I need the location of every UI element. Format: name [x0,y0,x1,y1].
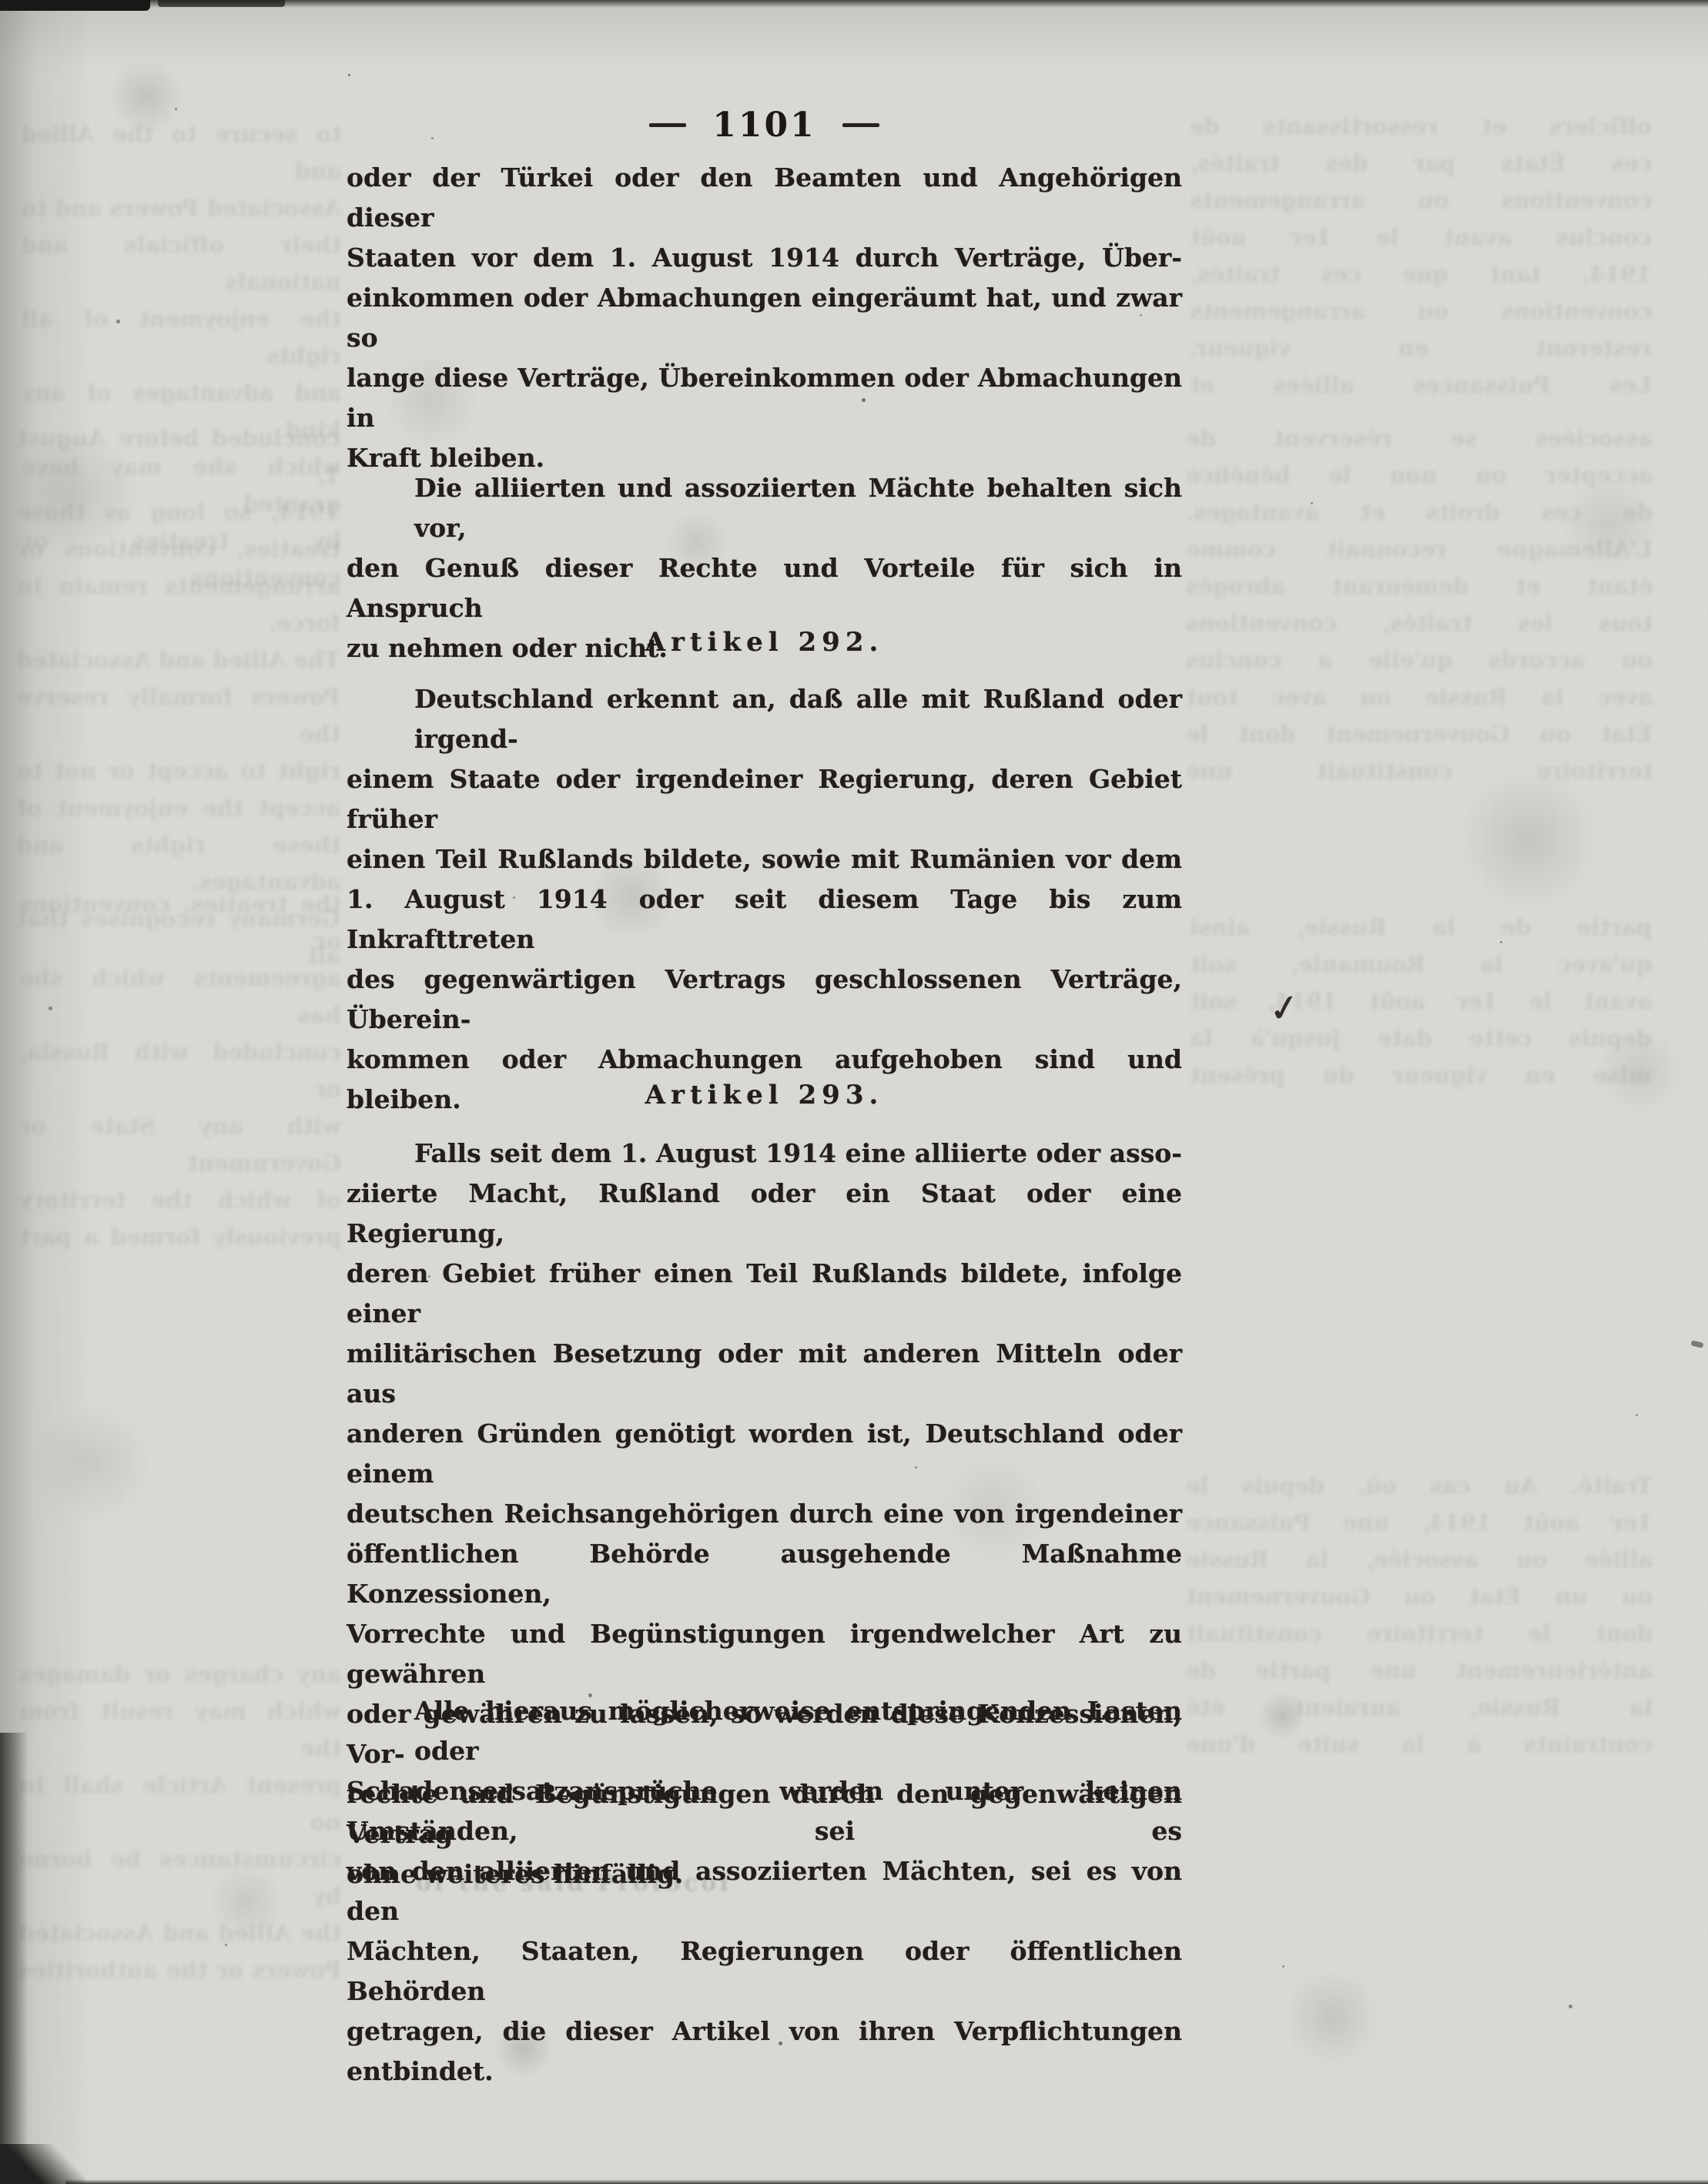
text-line: von den alliierten und assoziierten Mäch… [347,1851,1182,1931]
text-line: circumstances be borne by [19,1841,341,1914]
text-line: present Article shall in no [19,1767,341,1841]
text-line: ziierte Macht, Rußland oder ein Staat od… [347,1174,1182,1254]
text-line: 1er août 1914, une Puissance [1186,1504,1653,1541]
text-line: with any State or Government [19,1107,341,1181]
text-line: the Allied and Associated [19,1914,341,1951]
text-line: to secure to the Allied and [22,116,341,189]
text-line: territoire constituait une [1186,752,1653,789]
text-line: étant et demeurant abrogés [1186,568,1653,605]
text-line: deren Gebiet früher einen Teil Rußlands … [347,1254,1182,1334]
text-line: conventions ou arrangements [1190,293,1652,330]
page-number-rule-right [842,123,879,127]
article-heading-292: Artikel 292. [347,627,1182,658]
text-line: einen Teil Rußlands bildete, sowie mit R… [347,839,1182,879]
article-heading-293: Artikel 293. [347,1080,1182,1110]
text-line: conclus avant le 1er août [1190,219,1652,256]
text-line: einem Staate oder irgendeiner Regierung,… [347,759,1182,839]
text-line: tous les traités, conventions [1186,605,1653,641]
text-line: concluded with Russia, or [19,1033,341,1107]
text-line: den Genuß dieser Rechte und Vorteile für… [347,548,1182,628]
bleedthrough-text-right-2: associées se réservent deaccepter ou non… [1186,420,1653,789]
text-line: L'Allemagne reconnaît comme [1186,531,1653,568]
text-line: ou un État ou Gouvernement [1186,1578,1653,1615]
text-line: deutschen Reichsangehörigen durch eine v… [347,1494,1182,1534]
scan-edge-top-mid [158,0,285,7]
scanned-page: to secure to the Allied andAssociated Po… [0,0,1708,2184]
text-line: depuis cette date jusqu'à la [1190,1020,1652,1057]
text-line: accepter ou non le bénéfice [1186,457,1653,494]
text-line: associées se réservent de [1186,420,1653,457]
text-line: avec la Russie ou avec tout [1186,678,1653,715]
text-line: militärischen Besetzung oder mit anderen… [347,1334,1182,1414]
text-line: Associated Powers and to [22,189,341,226]
page-number: 1101 [712,106,815,145]
text-line: Deutschland erkennt an, daß alle mit Ruß… [347,679,1182,759]
bleedthrough-text-left-4: any charges or damageswhich may result f… [19,1656,341,1988]
text-line: 1. August 1914 oder seit diesem Tage bis… [347,879,1182,960]
paragraph-article-293-second: Alle hieraus möglicherweise entspringend… [347,1691,1182,2092]
text-line: Vorrechte und Begünstigungen irgendwelch… [347,1614,1182,1694]
scan-edge-left-lower [0,1733,28,2184]
text-line: État ou Gouvernement dont le [1186,715,1653,752]
text-line: Powers formally reserve the [17,678,340,752]
page-header: 1101 [347,103,1182,146]
text-line: any charges or damages [19,1656,341,1693]
scan-edge-bottom [65,2179,1708,2184]
text-line: de ces droits et avantages. [1186,494,1653,531]
text-line: Falls seit dem 1. August 1914 eine allii… [347,1134,1182,1174]
text-line: des gegenwärtigen Vertrags geschlossenen… [347,960,1182,1040]
text-line: ces États par des traités, [1190,145,1652,182]
text-line: resteront en vigueur. [1190,330,1652,367]
text-line: contraints à la suite d'une [1186,1726,1653,1763]
text-line: getragen, die dieser Artikel von ihren V… [347,2011,1182,2092]
text-line: Schadensersatzansprüche werden unter kei… [347,1771,1182,1851]
text-line: the enjoyment of all rights [22,300,341,374]
text-line: their officials and nationals [22,226,341,300]
text-line: officiers et ressortissants de [1190,108,1652,145]
text-line: oder der Türkei oder den Beamten und Ang… [347,158,1182,238]
text-line: treaties, conventions or [17,531,340,568]
scan-corner-bottom-left [0,2144,85,2184]
paragraph-article-291-continuation: oder der Türkei oder den Beamten und Ang… [347,158,1182,478]
bleedthrough-text-right-1: officiers et ressortissants deces États … [1190,108,1652,404]
paper-speckles [348,74,350,76]
text-line: mise en vigueur du présent [1190,1057,1652,1094]
paragraph-article-292: Deutschland erkennt an, daß alle mit Ruß… [347,679,1182,1120]
text-line: Staaten vor dem 1. August 1914 durch Ver… [347,238,1182,278]
text-line: 1914, tant que ces traités, [1190,256,1652,293]
text-line: of which the territory [19,1181,341,1218]
text-line: Alle hieraus möglicherweise entspringend… [347,1691,1182,1771]
text-line: einkommen oder Abmachungen eingeräumt ha… [347,278,1182,358]
text-line: Die alliierten und assoziierten Mächte b… [347,468,1182,548]
text-line: right to accept or not to [17,752,340,789]
text-line: The Allied and Associated [17,641,340,678]
text-line: öffentlichen Behörde ausgehende Maßnahme… [347,1534,1182,1614]
text-line: accept the enjoyment of [17,789,340,826]
text-line: Les Puissances alliées et [1190,367,1652,404]
text-line: conventions ou arrangements [1190,182,1652,219]
text-line: Powers or the authorities [19,1951,341,1988]
bleedthrough-text-right-3: partie de la Russie, ainsiqu'avec la Rou… [1190,909,1652,1094]
text-line: agreements which she has [19,960,341,1033]
text-line: arrangements remain in force. [17,568,340,641]
text-line: lange diese Verträge, Übereinkommen oder… [347,358,1182,438]
ink-check-mark: ✓ [1268,984,1301,1032]
text-line: avant le 1er août 1914, soit [1190,983,1652,1020]
text-line: ou accords qu'elle a conclus [1186,641,1653,678]
text-line: which may result from the [19,1693,341,1767]
page-number-rule-left [649,123,686,127]
bleedthrough-text-right-4: Traité. Au cas où, depuis le1er août 191… [1186,1467,1653,1763]
text-line: the treaties, conventions or [19,886,341,960]
text-line: previously formed a part [19,1218,341,1255]
text-line: alliée ou associée, la Russie [1186,1541,1653,1578]
text-line: partie de la Russie, ainsi [1190,909,1652,946]
text-line: concluded before August 1, [17,420,340,494]
text-line: Traité. Au cas où, depuis le [1186,1467,1653,1504]
text-line: qu'avec la Roumanie, soit [1190,946,1652,983]
scan-edge-top-left [0,0,150,11]
text-line: antérieurement une partie de [1186,1652,1653,1689]
text-line: dont le territoire constituait [1186,1615,1653,1652]
text-line: la Russie, auraient été [1186,1689,1653,1726]
text-line: Mächten, Staaten, Regierungen oder öffen… [347,1931,1182,2011]
text-line: anderen Gründen genötigt worden ist, Deu… [347,1414,1182,1494]
text-line: 1914, so long as those [17,494,340,531]
bleedthrough-text-left-3: the treaties, conventions oragreements w… [19,886,341,1255]
